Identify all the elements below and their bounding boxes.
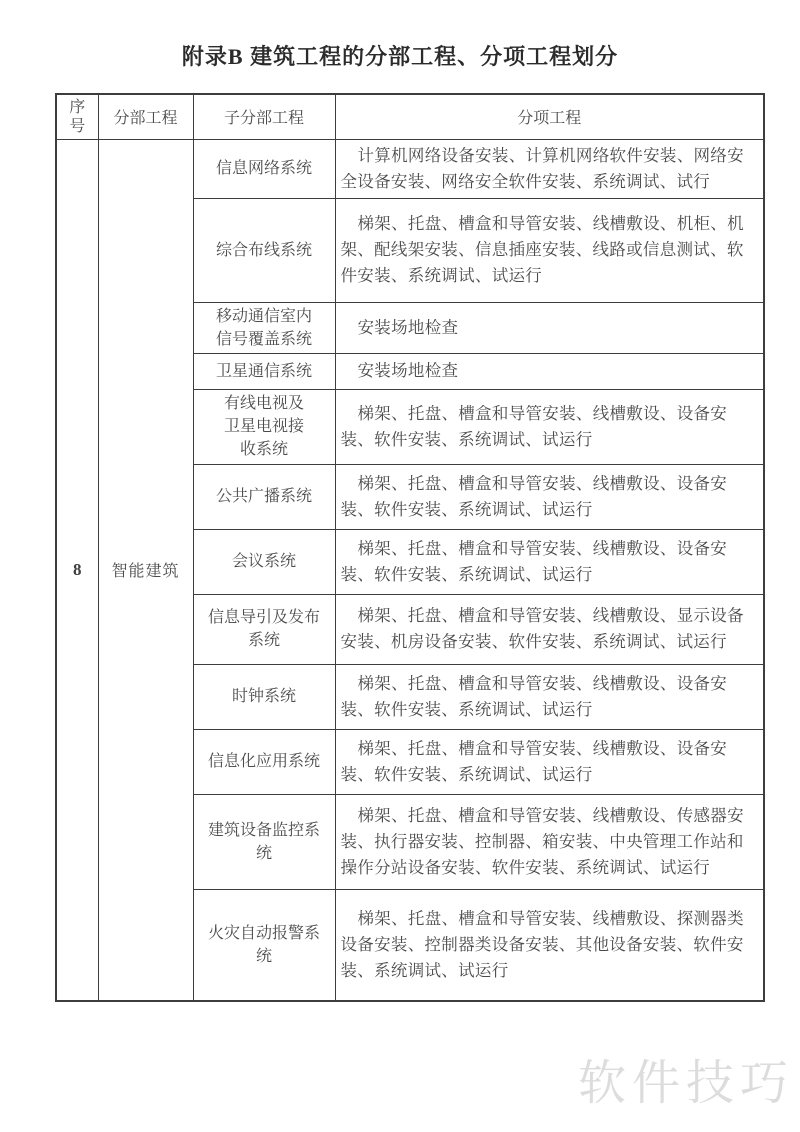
header-item: 分项工程 — [335, 94, 764, 139]
items-cell: 梯架、托盘、槽盒和导管安装、线槽敷设、设备安装、软件安装、系统调试、试运行 — [335, 389, 764, 464]
header-sub-division: 子分部工程 — [193, 94, 335, 139]
header-division: 分部工程 — [98, 94, 193, 139]
items-cell: 梯架、托盘、槽盒和导管安装、线槽敷设、设备安装、软件安装、系统调试、试运行 — [335, 729, 764, 794]
watermark: 软件技巧 — [578, 1044, 794, 1113]
items-cell: 梯架、托盘、槽盒和导管安装、线槽敷设、设备安装、软件安装、系统调试、试运行 — [335, 664, 764, 729]
table-body: 8智能建筑信息网络系统计算机网络设备安装、计算机网络软件安装、网络安全设备安装、… — [56, 139, 764, 1001]
items-cell: 梯架、托盘、槽盒和导管安装、线槽敷设、探测器类设备安装、控制器类设备安装、其他设… — [335, 889, 764, 1001]
sub-division-cell: 信息导引及发布 系统 — [193, 594, 335, 664]
items-cell: 梯架、托盘、槽盒和导管安装、线槽敷设、设备安装、软件安装、系统调试、试运行 — [335, 464, 764, 529]
sub-division-cell: 火灾自动报警系 统 — [193, 889, 335, 1001]
items-cell: 梯架、托盘、槽盒和导管安装、线槽敷设、设备安装、软件安装、系统调试、试运行 — [335, 529, 764, 594]
sub-division-cell: 信息化应用系统 — [193, 729, 335, 794]
header-row: 序 号 分部工程 子分部工程 分项工程 — [56, 94, 764, 139]
sub-division-cell: 公共广播系统 — [193, 464, 335, 529]
items-cell: 安装场地检查 — [335, 353, 764, 389]
items-cell: 梯架、托盘、槽盒和导管安装、线槽敷设、显示设备安装、机房设备安装、软件安装、系统… — [335, 594, 764, 664]
table-row: 8智能建筑信息网络系统计算机网络设备安装、计算机网络软件安装、网络安全设备安装、… — [56, 139, 764, 198]
sub-division-cell: 移动通信室内 信号覆盖系统 — [193, 302, 335, 353]
items-cell: 梯架、托盘、槽盒和导管安装、线槽敷设、传感器安装、执行器安装、控制器、箱安装、中… — [335, 794, 764, 889]
page-title: 附录B 建筑工程的分部工程、分项工程划分 — [0, 40, 800, 71]
sub-division-cell: 建筑设备监控系 统 — [193, 794, 335, 889]
header-seq: 序 号 — [56, 94, 98, 139]
sub-division-cell: 时钟系统 — [193, 664, 335, 729]
sub-division-cell: 信息网络系统 — [193, 139, 335, 198]
division-table: 序 号 分部工程 子分部工程 分项工程 8智能建筑信息网络系统计算机网络设备安装… — [55, 93, 765, 1002]
sub-division-cell: 卫星通信系统 — [193, 353, 335, 389]
division-cell: 智能建筑 — [98, 139, 193, 1001]
sub-division-cell: 会议系统 — [193, 529, 335, 594]
sub-division-cell: 综合布线系统 — [193, 198, 335, 302]
sub-division-cell: 有线电视及 卫星电视接 收系统 — [193, 389, 335, 464]
seq-cell: 8 — [56, 139, 98, 1001]
items-cell: 梯架、托盘、槽盒和导管安装、线槽敷设、机柜、机架、配线架安装、信息插座安装、线路… — [335, 198, 764, 302]
items-cell: 安装场地检查 — [335, 302, 764, 353]
items-cell: 计算机网络设备安装、计算机网络软件安装、网络安全设备安装、网络安全软件安装、系统… — [335, 139, 764, 198]
